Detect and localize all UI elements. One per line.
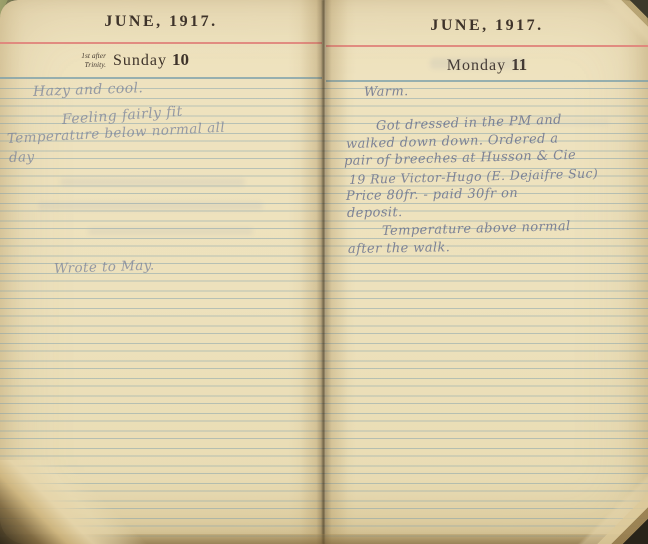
left-day-heading: Sunday 10 [113, 50, 189, 70]
ink-bleed-smudge [88, 228, 253, 235]
ink-bleed-smudge [430, 58, 525, 69]
left-header-rule [0, 77, 322, 79]
right-month-header: JUNE, 1917. [326, 17, 648, 35]
right-header-rule [326, 80, 648, 82]
page-stack-edge [6, 534, 644, 544]
ink-bleed-smudge [38, 202, 263, 210]
diary-scan: JUNE, 1917. JUNE, 1917. 1st after Trinit… [0, 0, 648, 544]
handwritten-entry-line: day [9, 149, 35, 166]
handwritten-entry-line: after the walk. [348, 240, 451, 257]
left-month-header: JUNE, 1917. [0, 13, 322, 31]
right-red-rule [326, 45, 648, 47]
left-red-rule [0, 42, 322, 44]
liturgical-line2: Trinity. [56, 61, 106, 70]
left-day-name: Sunday [113, 52, 167, 69]
open-diary: JUNE, 1917. JUNE, 1917. 1st after Trinit… [0, 0, 648, 544]
handwritten-entry-line: Warm. [364, 84, 409, 100]
ink-bleed-smudge [60, 178, 245, 186]
gutter-crease [322, 0, 324, 544]
handwritten-entry-line: Price 80fr. - paid 30fr on [346, 186, 518, 204]
book-gutter [300, 0, 348, 544]
handwritten-entry-line: deposit. [347, 205, 403, 221]
liturgical-day-label: 1st after Trinity. [56, 52, 106, 69]
left-day-number: 10 [172, 50, 189, 69]
